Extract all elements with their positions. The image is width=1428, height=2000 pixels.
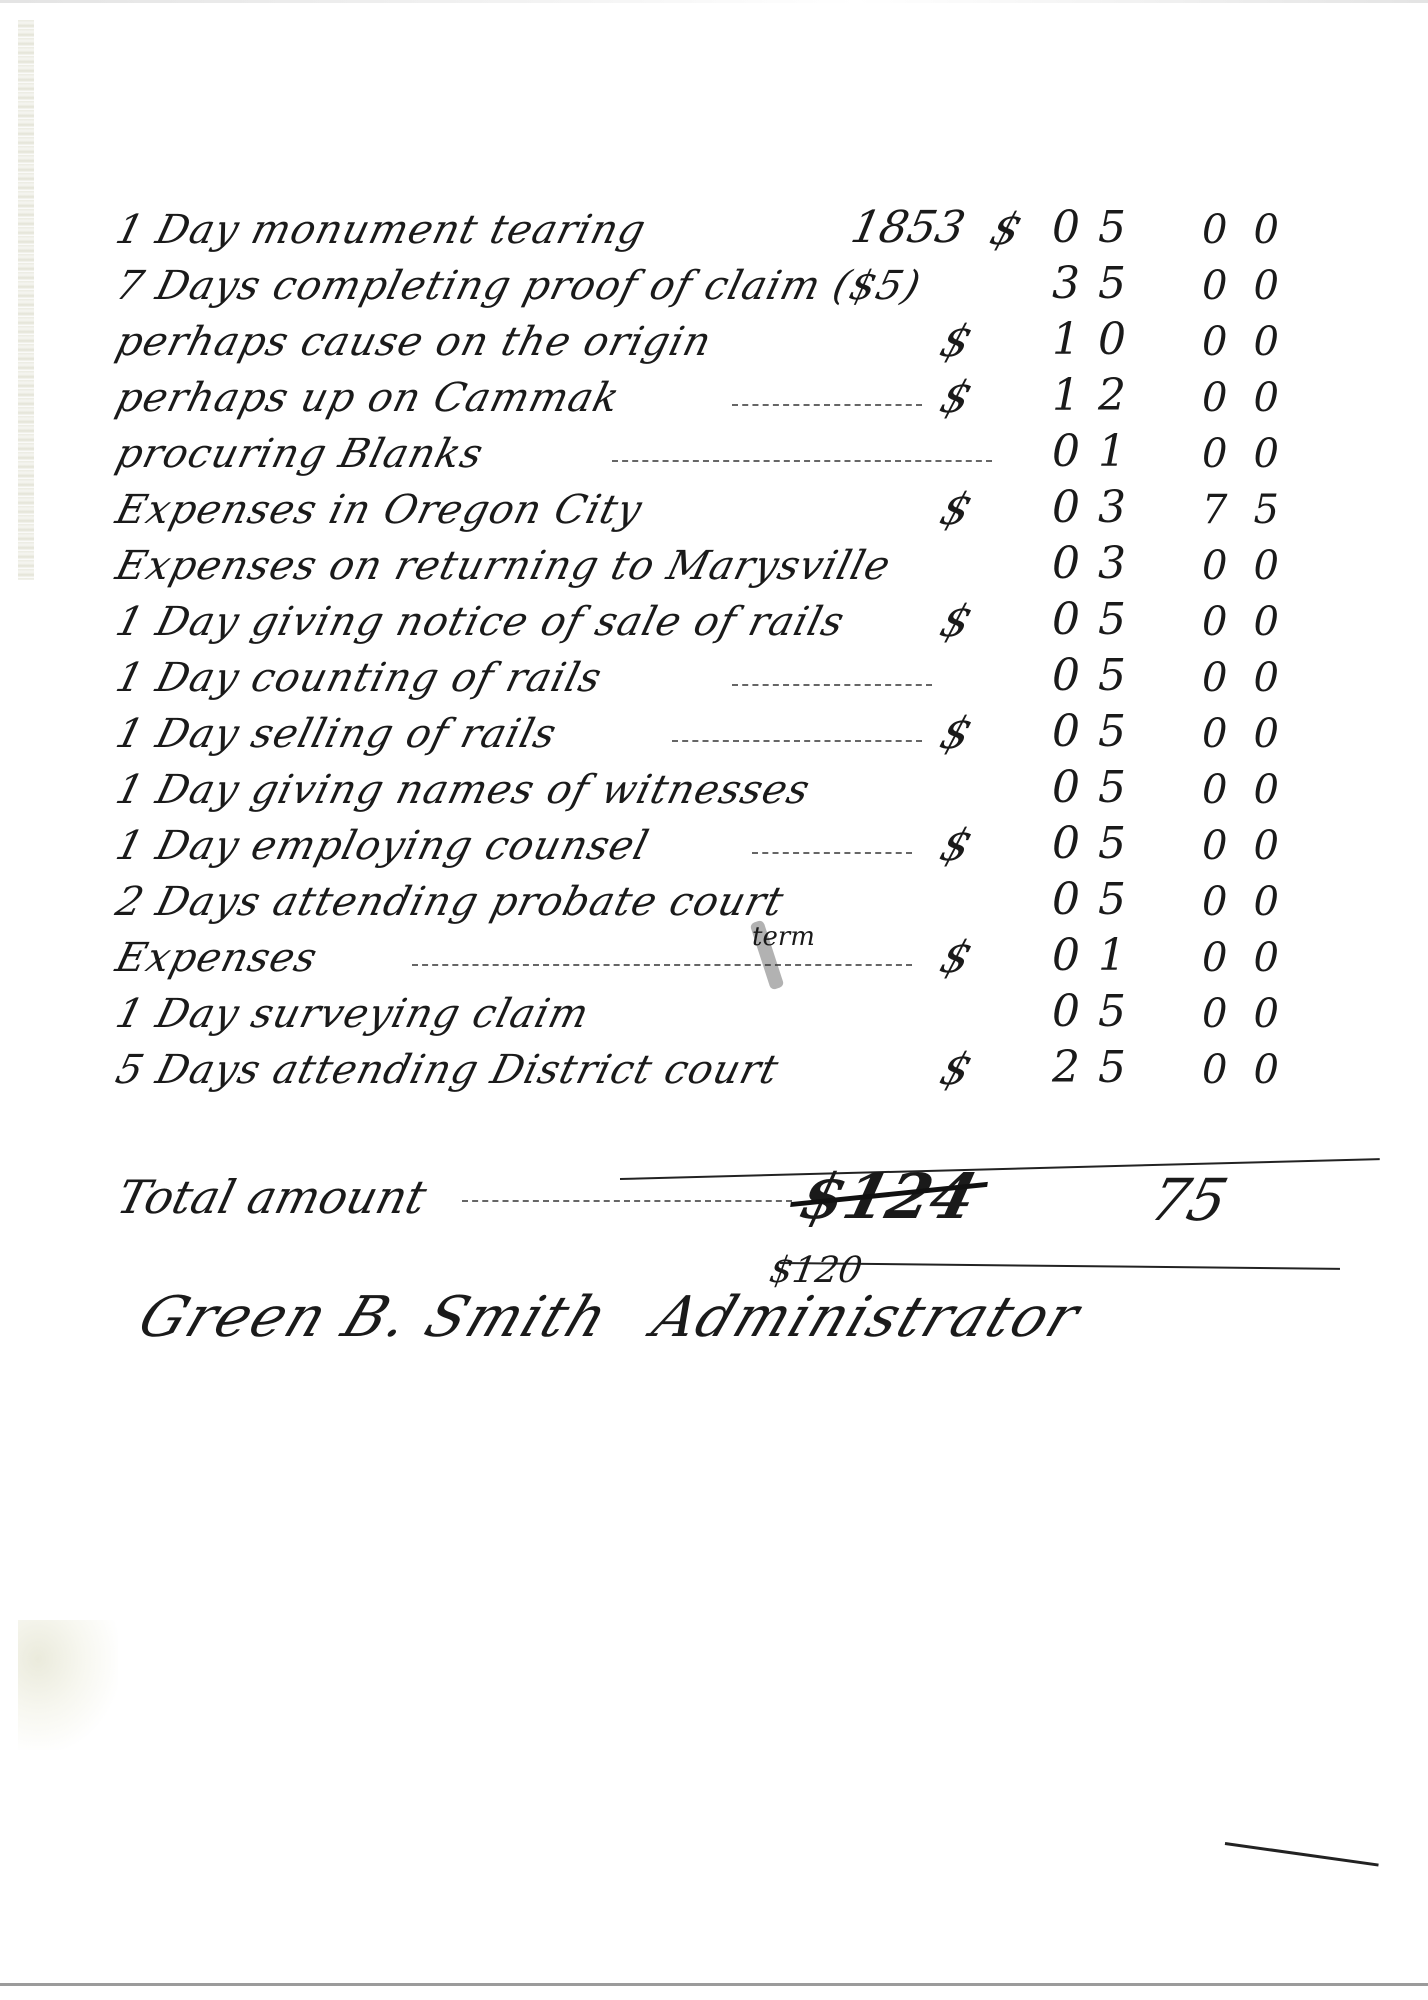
scanned-page: 1 Day monument tearing 1853 $ 05 00 7 Da… xyxy=(0,0,1428,2000)
ledger-row: Expenses $ 01 00 xyxy=(112,928,1372,984)
dollar-sign: $ xyxy=(935,320,977,364)
dollar-sign: $ xyxy=(935,824,977,868)
row-description: 1 Day selling of rails xyxy=(112,714,561,754)
leader-line xyxy=(412,964,912,966)
scan-bottom-edge xyxy=(0,1983,1428,1986)
row-description: 1 Day giving notice of sale of rails xyxy=(112,602,849,642)
row-cents: 00 xyxy=(1202,210,1372,250)
row-cents: 00 xyxy=(1202,994,1372,1034)
leader-line xyxy=(752,852,912,854)
row-amount: 05 xyxy=(1052,598,1172,642)
row-cents: 00 xyxy=(1202,658,1372,698)
row-cents: 75 xyxy=(1202,490,1372,530)
row-amount: 05 xyxy=(1052,654,1172,698)
row-cents: 00 xyxy=(1202,322,1372,362)
total-label: Total amount xyxy=(112,1170,432,1224)
row-amount: 05 xyxy=(1052,766,1172,810)
dollar-sign: $ xyxy=(935,1048,977,1092)
dollar-sign: $ xyxy=(935,488,977,532)
row-cents: 00 xyxy=(1202,938,1372,978)
row-cents: 00 xyxy=(1202,546,1372,586)
ledger-row: 1 Day giving notice of sale of rails $ 0… xyxy=(112,592,1372,648)
ledger: 1 Day monument tearing 1853 $ 05 00 7 Da… xyxy=(112,200,1372,1096)
leader-line xyxy=(672,740,922,742)
row-cents: 00 xyxy=(1202,266,1372,306)
row-amount: 01 xyxy=(1052,430,1172,474)
row-amount: 05 xyxy=(1052,878,1172,922)
ledger-row: perhaps cause on the origin $ 10 00 xyxy=(112,312,1372,368)
row-amount: 25 xyxy=(1052,1046,1172,1090)
row-cents: 00 xyxy=(1202,826,1372,866)
signature: Green B. Smith Administrator xyxy=(130,1285,1090,1350)
row-description: procuring Blanks xyxy=(112,434,488,474)
ledger-row: 1 Day surveying claim 05 00 xyxy=(112,984,1372,1040)
total-row: Total amount $124 75 xyxy=(112,1160,1372,1240)
row-description: perhaps up on Cammak xyxy=(112,378,624,418)
row-description: 1 Day employing counsel xyxy=(112,826,653,866)
row-description: 1 Day surveying claim xyxy=(112,994,593,1034)
row-cents: 00 xyxy=(1202,714,1372,754)
row-amount: 10 xyxy=(1052,318,1172,362)
row-amount: 01 xyxy=(1052,934,1172,978)
signer-name: Green B. Smith xyxy=(130,1285,618,1350)
total-cents: 75 xyxy=(1144,1166,1235,1234)
row-amount: 03 xyxy=(1052,542,1172,586)
signer-title: Administrator xyxy=(644,1285,1089,1350)
row-amount: 05 xyxy=(1052,990,1172,1034)
dollar-sign: $ xyxy=(935,936,977,980)
ledger-row: 5 Days attending District court $ 25 00 xyxy=(112,1040,1372,1096)
row-amount: 05 xyxy=(1052,710,1172,754)
row-year: 1853 xyxy=(847,206,968,250)
pen-stroke-mark xyxy=(1225,1842,1379,1867)
ledger-row: Expenses on returning to Marysville 03 0… xyxy=(112,536,1372,592)
row-cents: 00 xyxy=(1202,770,1372,810)
ledger-row: perhaps up on Cammak $ 12 00 xyxy=(112,368,1372,424)
row-description: 1 Day monument tearing xyxy=(112,210,650,250)
scan-top-edge xyxy=(0,0,1428,3)
row-cents: 00 xyxy=(1202,378,1372,418)
dollar-sign: $ xyxy=(935,376,977,420)
row-amount: 05 xyxy=(1052,206,1172,250)
row-amount: 03 xyxy=(1052,486,1172,530)
ledger-row: 1 Day employing counsel $ 05 00 xyxy=(112,816,1372,872)
row-description: 2 Days attending probate court xyxy=(112,882,788,922)
row-amount: 12 xyxy=(1052,374,1172,418)
row-description: Expenses xyxy=(112,938,322,978)
scan-left-edge-noise xyxy=(18,20,34,580)
scan-smudge-lower-left xyxy=(18,1620,118,1750)
dollar-sign: $ xyxy=(985,208,1027,252)
ledger-row: 7 Days completing proof of claim ($5) 35… xyxy=(112,256,1372,312)
total-struck-amount: $124 xyxy=(793,1160,984,1233)
dollar-sign: $ xyxy=(935,600,977,644)
row-description: Expenses on returning to Marysville xyxy=(112,546,895,586)
row-description: 7 Days completing proof of claim ($5) xyxy=(112,266,925,306)
leader-line xyxy=(732,404,922,406)
ledger-row: procuring Blanks 01 00 xyxy=(112,424,1372,480)
ledger-row: Expenses in Oregon City $ 03 75 xyxy=(112,480,1372,536)
ledger-row: 1 Day selling of rails $ 05 00 xyxy=(112,704,1372,760)
leader-line xyxy=(612,460,992,462)
row-cents: 00 xyxy=(1202,882,1372,922)
ledger-row: 2 Days attending probate court term 05 0… xyxy=(112,872,1372,928)
row-amount: 05 xyxy=(1052,822,1172,866)
row-cents: 00 xyxy=(1202,1050,1372,1090)
row-amount: 35 xyxy=(1052,262,1172,306)
ledger-row: 1 Day giving names of witnesses 05 00 xyxy=(112,760,1372,816)
row-cents: 00 xyxy=(1202,434,1372,474)
leader-line xyxy=(462,1200,792,1202)
leader-line xyxy=(732,684,932,686)
row-cents: 00 xyxy=(1202,602,1372,642)
ledger-row: 1 Day monument tearing 1853 $ 05 00 xyxy=(112,200,1372,256)
dollar-sign: $ xyxy=(935,712,977,756)
row-description: 1 Day counting of rails xyxy=(112,658,606,698)
row-description: 5 Days attending District court xyxy=(112,1050,783,1090)
total-rule-bottom xyxy=(780,1262,1340,1270)
row-description: Expenses in Oregon City xyxy=(112,490,646,530)
row-description: perhaps cause on the origin xyxy=(112,322,716,362)
ledger-row: 1 Day counting of rails 05 00 xyxy=(112,648,1372,704)
row-description: 1 Day giving names of witnesses xyxy=(112,770,814,810)
